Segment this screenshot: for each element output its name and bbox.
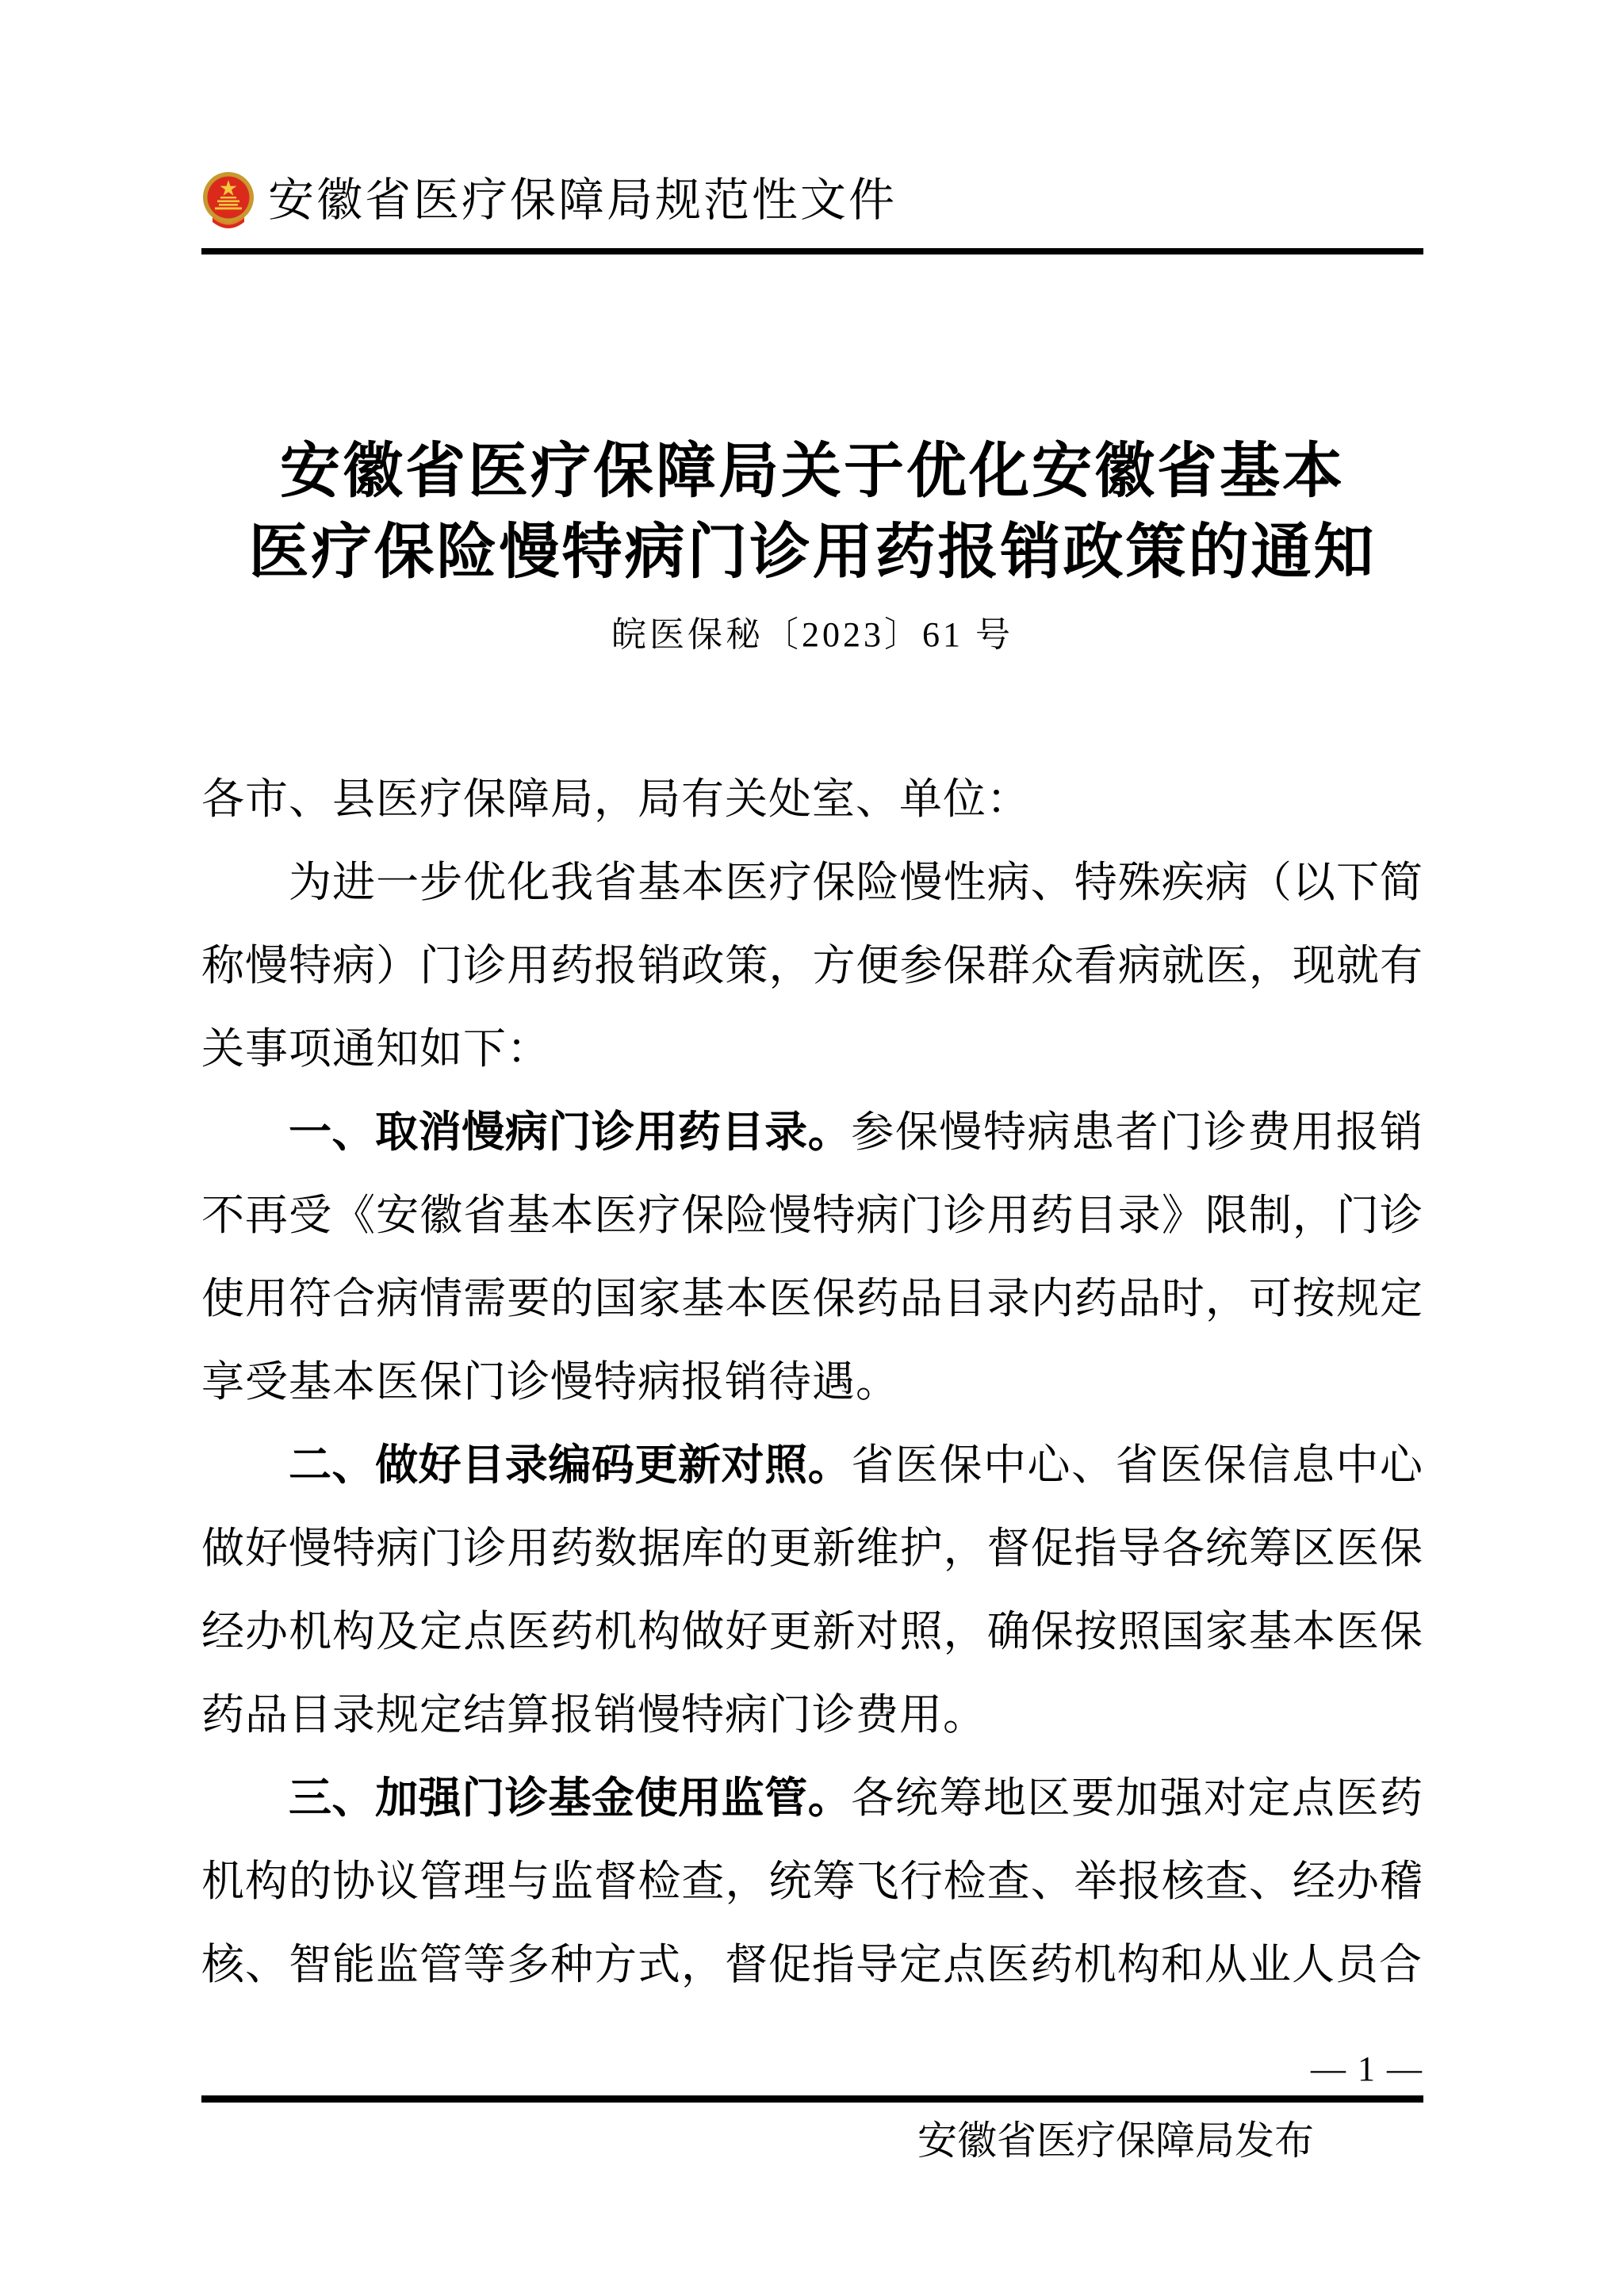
page-number: — 1 —: [1311, 2050, 1423, 2088]
document-number: 皖医保秘〔2023〕61 号: [201, 615, 1423, 655]
paragraph-item1: 一、取消慢病门诊用药目录。参保慢特病患者门诊费用报销不再受《安徽省基本医疗保险慢…: [201, 1091, 1423, 1424]
footer-divider: [201, 2095, 1423, 2103]
paragraph-item3-heading: 三、加强门诊基金使用监管。: [289, 1774, 851, 1822]
footer-publisher: 安徽省医疗保障局发布: [917, 2118, 1314, 2163]
china-national-emblem-icon: [201, 171, 255, 230]
paragraph-intro-text: 为进一步优化我省基本医疗保险慢性病、特殊疾病（以下简称慢特病）门诊用药报销政策，…: [201, 859, 1423, 1073]
paragraph-item1-heading: 一、取消慢病门诊用药目录。: [289, 1108, 851, 1156]
document-body: 各市、县医疗保障局，局有关处室、单位： 为进一步优化我省基本医疗保险慢性病、特殊…: [201, 758, 1423, 2007]
paragraph-item2: 二、做好目录编码更新对照。省医保中心、省医保信息中心做好慢特病门诊用药数据库的更…: [201, 1424, 1423, 1757]
document-title-line1: 安徽省医疗保障局关于优化安徽省基本: [201, 431, 1423, 512]
header-agency-title: 安徽省医疗保障局规范性文件: [268, 176, 897, 225]
paragraph-intro: 为进一步优化我省基本医疗保险慢性病、特殊疾病（以下简称慢特病）门诊用药报销政策，…: [201, 841, 1423, 1091]
document-page: 安徽省医疗保障局规范性文件 安徽省医疗保障局关于优化安徽省基本 医疗保险慢特病门…: [0, 0, 1624, 2296]
salutation-line: 各市、县医疗保障局，局有关处室、单位：: [201, 758, 1423, 841]
salutation-text: 各市、县医疗保障局，局有关处室、单位：: [201, 775, 1030, 823]
document-title-line2: 医疗保险慢特病门诊用药报销政策的通知: [201, 512, 1423, 593]
paragraph-item3: 三、加强门诊基金使用监管。各统筹地区要加强对定点医药机构的协议管理与监督检查，统…: [201, 1757, 1423, 2007]
document-title: 安徽省医疗保障局关于优化安徽省基本 医疗保险慢特病门诊用药报销政策的通知: [201, 431, 1423, 593]
header-divider: [201, 248, 1423, 254]
paragraph-item2-heading: 二、做好目录编码更新对照。: [289, 1441, 851, 1489]
